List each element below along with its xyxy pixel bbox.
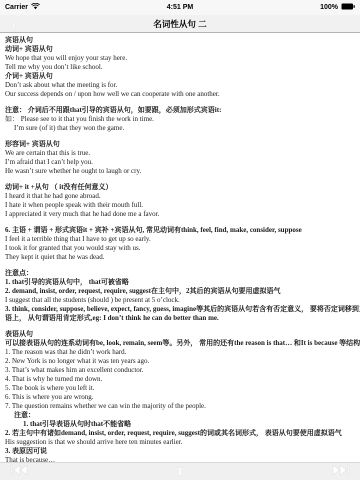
- text-line: He wasn’t sure whether he ought to laugh…: [5, 167, 360, 176]
- nav-bar: ‹ 名词性从句 二: [0, 15, 360, 33]
- text-line: 7. The question remains whether we can w…: [5, 402, 360, 411]
- text-line: 4. That is why he turned me down.: [5, 375, 360, 384]
- skip-next-icon: [330, 463, 350, 480]
- text-line: 动词+ 宾语从句: [5, 45, 360, 54]
- text-line: 6. 主语 + 谓语 + 形式宾语it + 宾补 +宾语从句, 常见动词有thi…: [5, 226, 360, 235]
- carrier-label: Carrier: [5, 4, 28, 11]
- text-line: 1. that引导的宾语从句中， that可被省略: [5, 278, 360, 287]
- app-screen: Carrier 4:51 PM 100% ‹ 名词性: [0, 0, 360, 480]
- clock: 4:51 PM: [0, 4, 360, 11]
- page-title: 名词性从句 二: [40, 15, 320, 32]
- next-page-button[interactable]: [330, 464, 350, 480]
- text-line: 1. The reason was that he didn’t work ha…: [5, 348, 360, 357]
- text-line: I took it for granted that you would sta…: [5, 244, 360, 253]
- skip-previous-icon: [10, 463, 30, 480]
- text-line: His suggestion is that we should arrive …: [5, 438, 360, 447]
- text-line: 注意：: [5, 411, 360, 420]
- text-line: 6. This is where you are wrong.: [5, 393, 360, 402]
- text-line: 宾语从句: [5, 36, 360, 45]
- text-line: They kept it quiet that he was dead.: [5, 253, 360, 262]
- battery-percent: 100%: [320, 4, 338, 11]
- text-line: 2. demand, insist, order, request, requi…: [5, 287, 360, 296]
- text-line: 2. 若主句中有诸如demand, insist, order, request…: [5, 429, 360, 438]
- text-line: I hate it when people speak with their m…: [5, 201, 360, 210]
- text-line: Don’t ask about what the meeting is for.: [5, 81, 360, 90]
- text-line: 表语从句: [5, 330, 360, 339]
- previous-page-button[interactable]: [10, 464, 30, 480]
- text-line: I’m sure (of it) that they won the game.: [5, 124, 360, 133]
- text-line: We hope that you will enjoy your stay he…: [5, 54, 360, 63]
- text-line: We are certain that this is true.: [5, 149, 360, 158]
- text-line: 介词+ 宾语从句: [5, 72, 360, 81]
- text-line: 如： Please see to it that you finish the …: [5, 115, 360, 124]
- document-body[interactable]: 宾语从句动词+ 宾语从句We hope that you will enjoy …: [0, 33, 360, 462]
- text-line: 5. The book is where you left it.: [5, 384, 360, 393]
- text-line: 2. New York is no longer what it was ten…: [5, 357, 360, 366]
- text-line: 3. That’s what makes him an excellent co…: [5, 366, 360, 375]
- status-bar: Carrier 4:51 PM 100%: [0, 0, 360, 15]
- text-line: I appreciated it very much that he had d…: [5, 210, 360, 219]
- text-line: 语上， 从句谓语用肯定形式,eg: I don’t think he can d…: [5, 314, 360, 323]
- back-button[interactable]: ‹: [6, 15, 22, 32]
- text-line: I suggest that all the students (should …: [5, 296, 360, 305]
- text-line: 形容词+ 宾语从句: [5, 140, 360, 149]
- text-line: 3. think, consider, suppose, believe, ex…: [5, 305, 360, 314]
- text-line: Our success depends on / upon how well w…: [5, 90, 360, 99]
- chevron-left-icon: ‹: [12, 17, 17, 31]
- bottom-toolbar: T: [0, 462, 360, 480]
- text-line: 可以接表语从句的连系动词有be, look, remain, seem等。另外，…: [5, 339, 360, 348]
- text-line: I feel it a terrible thing that I have t…: [5, 235, 360, 244]
- text-line: 动词+ it +从句 （ it没有任何意义）: [5, 183, 360, 192]
- text-line: I heard it that he had gone abroad.: [5, 192, 360, 201]
- text-line: 3. 表原因可说: [5, 447, 360, 456]
- text-settings-button[interactable]: T: [176, 464, 183, 480]
- battery-icon: [341, 3, 355, 12]
- text-line: 注意点：: [5, 269, 360, 278]
- text-line: I’m afraid that I can’t help you.: [5, 158, 360, 167]
- text-line: 1. that引导表语从句时that不能省略: [5, 420, 360, 429]
- text-line: 注意： 介词后不用跟that引导的宾语从句，如要跟，必须加形式宾语it:: [5, 106, 360, 115]
- text-line: Tell me why you don’t like school.: [5, 63, 360, 72]
- wifi-icon: [31, 3, 40, 12]
